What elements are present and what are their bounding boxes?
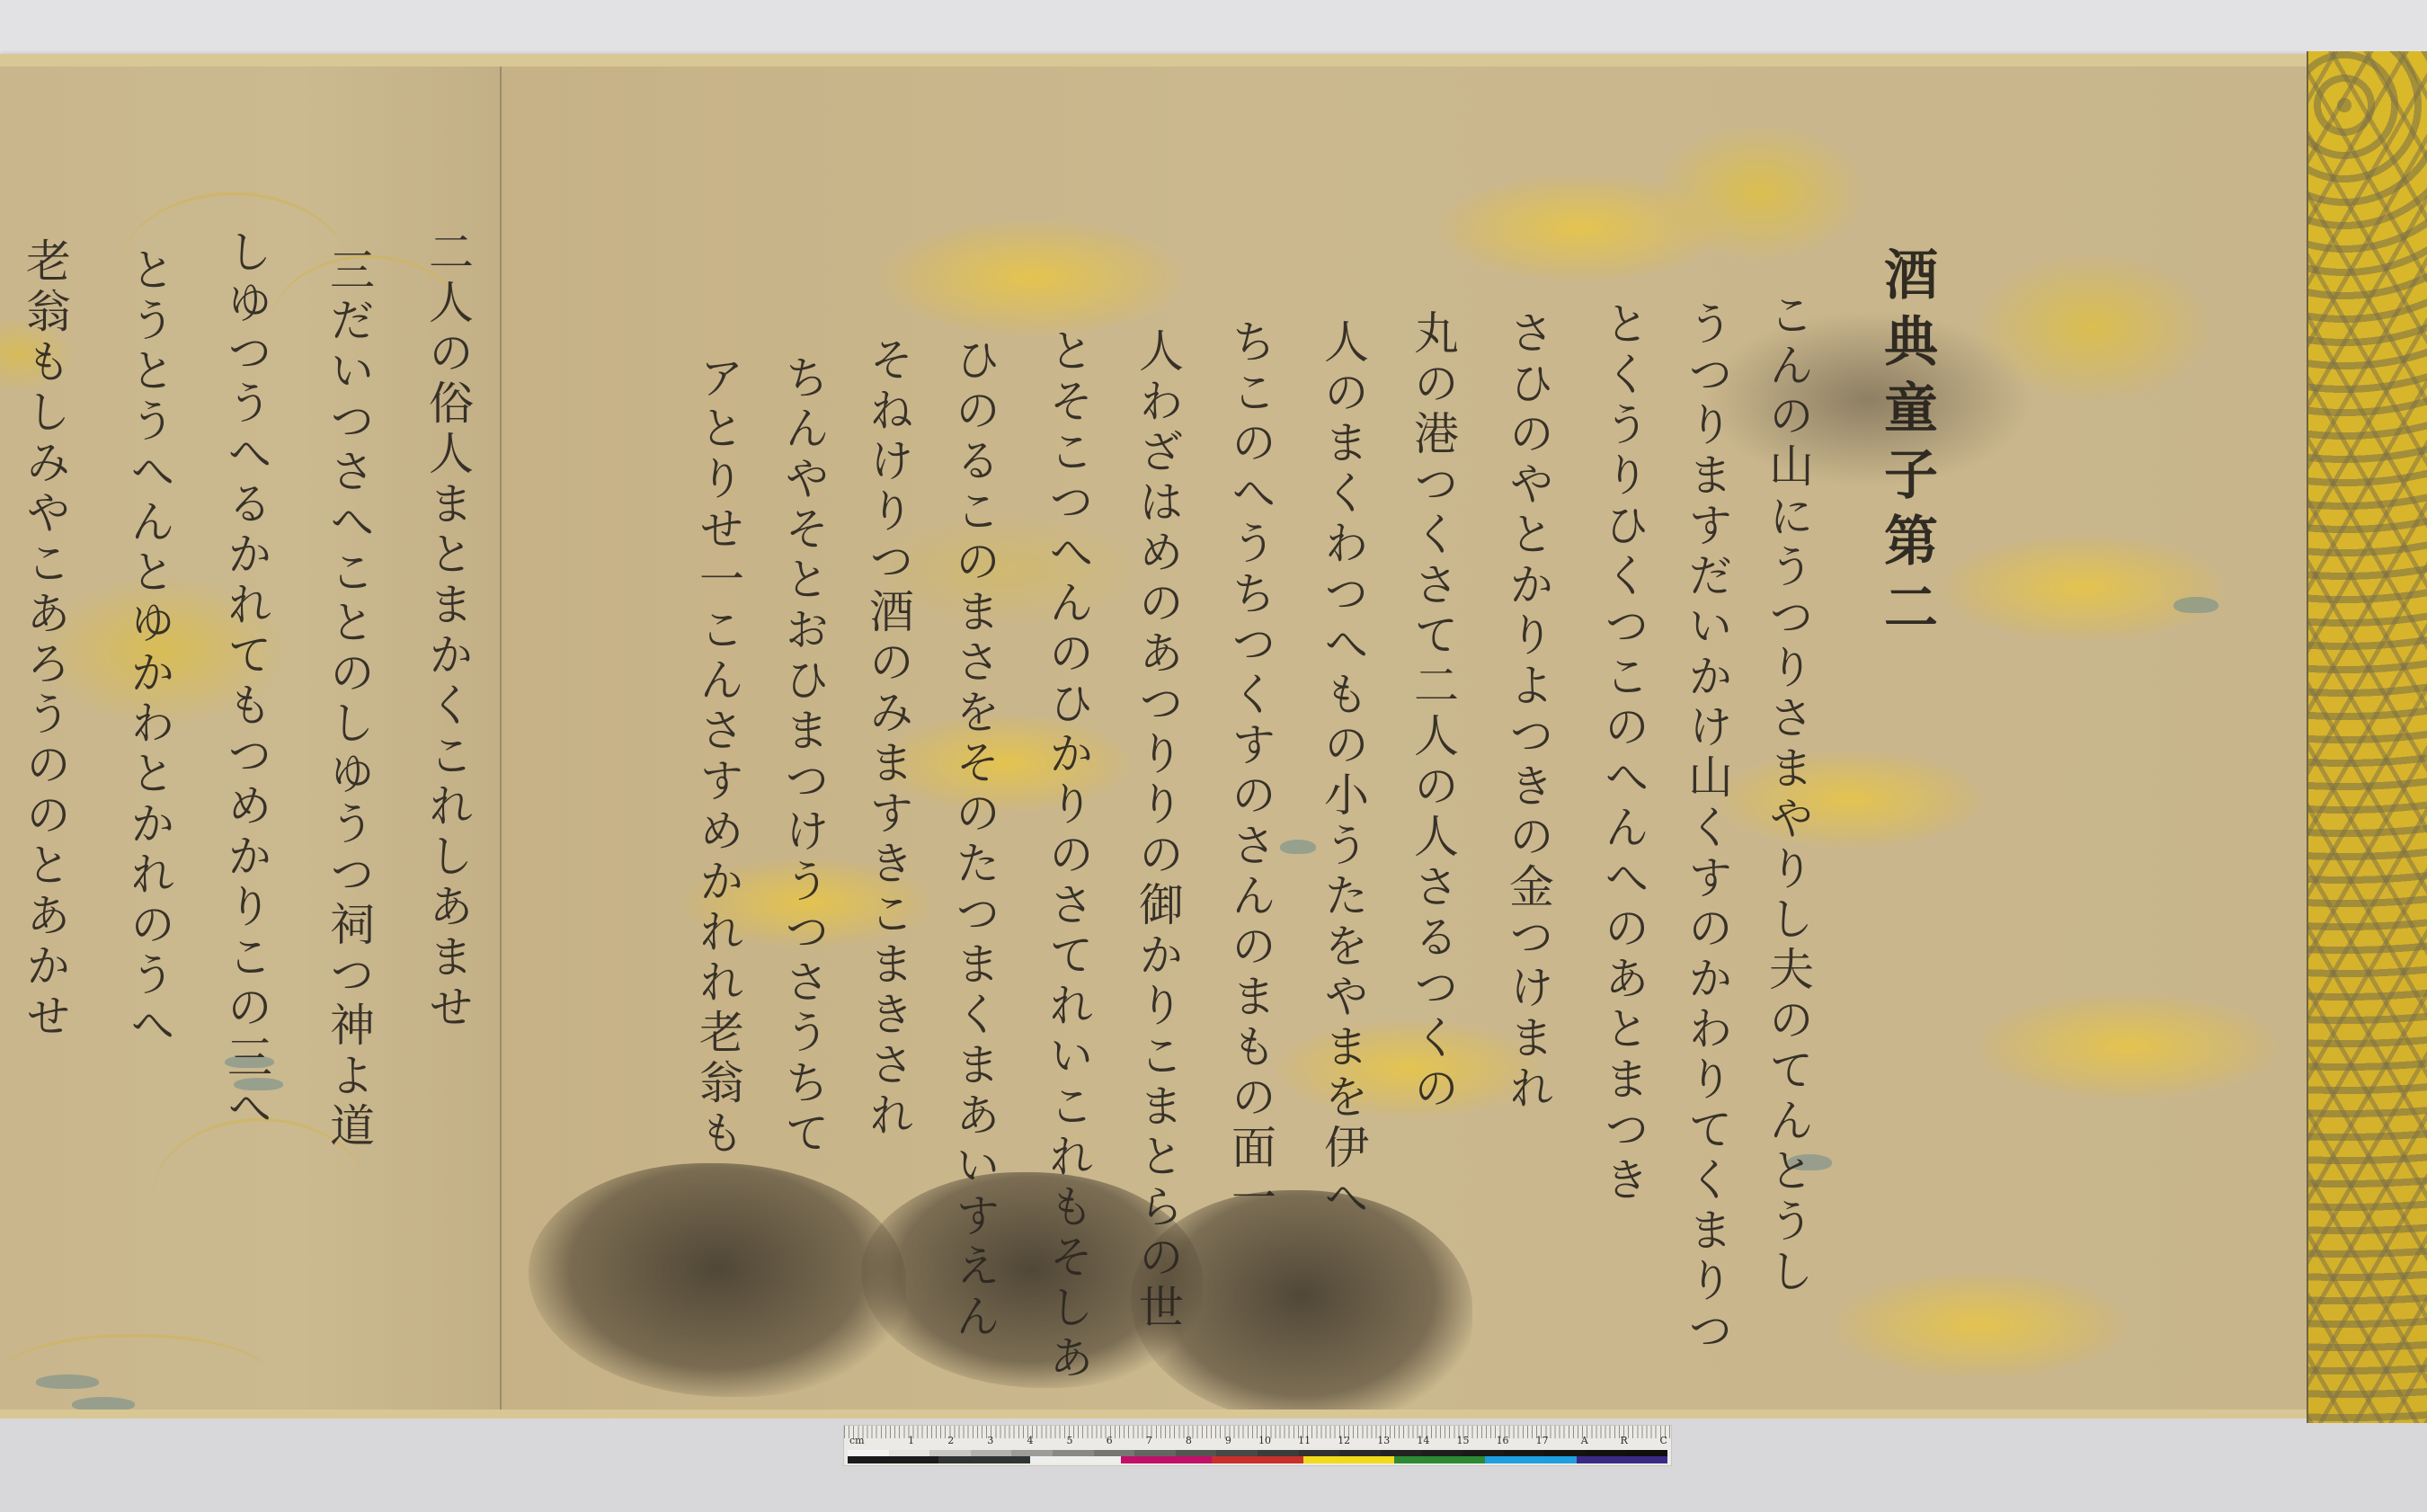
white-color-patch — [1030, 1456, 1121, 1463]
calligraphy-column: とくうりひくつこのへんへのあとまつき — [1591, 300, 1656, 1206]
gray-step-patch — [848, 1450, 889, 1456]
blue-leaf-motif — [36, 1374, 99, 1389]
gray-step-patch — [929, 1450, 971, 1456]
gray-step-patch — [1504, 1450, 1545, 1456]
calligraphy-column: ちんやそとおひまつけうつさうちて — [771, 354, 836, 1160]
gray-step-patch — [1011, 1450, 1053, 1456]
blue-leaf-motif — [2174, 597, 2218, 613]
ruler-tick-label: 5 — [1036, 1435, 1076, 1447]
ruler-tick-label: 6 — [1077, 1435, 1116, 1447]
ruler-tick-label: 2 — [918, 1435, 957, 1447]
calligraphy-column: うつりますだいかけ山くすのかわりてくまりつ — [1675, 300, 1739, 1357]
gray-step-patch — [1462, 1450, 1504, 1456]
gray-step-patch — [1381, 1450, 1422, 1456]
gray-step-patch — [1299, 1450, 1340, 1456]
calligraphy-column: アとりせ一こんさすめかれれ老翁も — [686, 354, 751, 1160]
gold-cloud-motif — [1436, 174, 1724, 282]
scroll-top-border — [0, 54, 2310, 67]
handscroll: 二人の俗人まとまかくこれしあませ 三だいつさへことのしゆうつ祠つ神よ道 しゆつう… — [0, 51, 2310, 1418]
green-color-patch — [1394, 1456, 1485, 1463]
gold-cloud-motif — [1976, 992, 2281, 1100]
gray-step-patch — [889, 1450, 930, 1456]
calligraphy-column: 人わざはめのあつりりの御かりこまとらの世 — [1125, 327, 1190, 1334]
scroll-title-calligraphy: 酒典童子第二 — [1868, 246, 1945, 645]
ruler-tick-label: 17 — [1513, 1435, 1552, 1447]
gray-step-patch — [1258, 1450, 1299, 1456]
ruler-tick-label: 11 — [1275, 1435, 1314, 1447]
ruler-tick-label: 9 — [1196, 1435, 1235, 1447]
ruler-tick-label: 1 — [878, 1435, 918, 1447]
ruler-tick-label: 15 — [1433, 1435, 1472, 1447]
calligraphy-column: こんの山にうつりさまやりし夫のてんとうし — [1756, 291, 1820, 1298]
calligraphy-column: 丸の港つくさて二人の人さるつくの — [1400, 309, 1465, 1115]
ruler-tick-label: 14 — [1393, 1435, 1433, 1447]
calligraphy-column: 二人の俗人まとまかくこれしあませ — [415, 228, 480, 1034]
scroll-bottom-border — [0, 1410, 2310, 1419]
gray-step-patch — [1586, 1450, 1627, 1456]
gold-cloud-motif — [879, 219, 1185, 336]
violet-color-patch — [1577, 1456, 1667, 1463]
ruler-tick-label: 4 — [997, 1435, 1036, 1447]
yellow-color-patch — [1303, 1456, 1394, 1463]
ruler-tick-label: A — [1552, 1435, 1592, 1447]
gray-step-patch — [1544, 1450, 1586, 1456]
color-patch-strip — [848, 1456, 1667, 1463]
blue-leaf-motif — [72, 1397, 135, 1410]
calligraphy-column: ひのるこのまさをそのたつまくまあいすえん — [942, 336, 1007, 1343]
color-calibration-ruler: cm 1 2 3 4 5 6 7 8 9 10 11 12 13 14 15 1… — [843, 1425, 1672, 1466]
gray-step-patch — [1421, 1450, 1462, 1456]
gray-step-patch — [1216, 1450, 1258, 1456]
calligraphy-column: そねけりつ酒のみますきこまきされ — [856, 336, 920, 1142]
ruler-tick-label: 7 — [1116, 1435, 1156, 1447]
gray-step-patch — [1134, 1450, 1176, 1456]
magenta-color-patch — [1121, 1456, 1212, 1463]
calligraphy-column: 三だいつさへことのしゆうつ祠つ神よ道 — [316, 246, 381, 1152]
calligraphy-column: とそこつへんのひかりのさてれいこれもそしあ — [1036, 327, 1100, 1384]
calligraphy-column: 人のまくわつへもの小うたをやまを伊へ — [1311, 318, 1375, 1224]
calligraphy-column: さひのやとかりよつきの金つけまれ — [1496, 309, 1560, 1115]
ruler-tick-label: 10 — [1235, 1435, 1275, 1447]
calligraphy-column: しゆつうへるかれてもつめかりこの三へ — [214, 228, 279, 1134]
ruler-tick-label: R — [1592, 1435, 1631, 1447]
red-color-patch — [1212, 1456, 1302, 1463]
ruler-labels: cm 1 2 3 4 5 6 7 8 9 10 11 12 13 14 15 1… — [844, 1435, 1671, 1447]
dark-gray-color-patch — [938, 1456, 1029, 1463]
gray-step-patch — [971, 1450, 1012, 1456]
gray-step-patch — [1626, 1450, 1667, 1456]
ruler-tick-label: 12 — [1314, 1435, 1354, 1447]
gray-step-patch — [1053, 1450, 1094, 1456]
ruler-tick-label: C — [1631, 1435, 1671, 1447]
gray-step-patch — [1094, 1450, 1135, 1456]
gold-cloud-motif — [1940, 534, 2227, 642]
cyan-color-patch — [1485, 1456, 1576, 1463]
calligraphy-column: 老翁もしみやこあろうののとあかせ — [13, 237, 77, 1043]
ruler-tick-label: 8 — [1156, 1435, 1196, 1447]
ruler-tick-label: 3 — [957, 1435, 997, 1447]
gray-step-patch — [1176, 1450, 1217, 1456]
calligraphy-column: とうとうへんとゆかわとかれのうへ — [117, 246, 182, 1052]
gold-grass-motif — [0, 1334, 270, 1410]
right-paper-panel: 酒典童子第二 こんの山にうつりさまやりし夫のてんとうし うつりますだいかけ山くす… — [502, 67, 2310, 1410]
grayscale-strip — [848, 1450, 1667, 1456]
gold-cloud-motif — [1832, 1271, 2129, 1379]
black-color-patch — [848, 1456, 938, 1463]
gray-step-patch — [1339, 1450, 1381, 1456]
dark-cloud-motif — [529, 1163, 906, 1397]
left-paper-panel: 二人の俗人まとまかくこれしあませ 三だいつさへことのしゆうつ祠つ神よ道 しゆつう… — [0, 67, 502, 1410]
ruler-tick-label: 16 — [1472, 1435, 1512, 1447]
calligraphy-column: ちこのへうちつくすのさんのまもの面一 — [1218, 318, 1283, 1224]
gold-brocade-mounting — [2307, 51, 2427, 1423]
ruler-tick-label: 13 — [1354, 1435, 1393, 1447]
ruler-unit-label: cm — [844, 1435, 878, 1447]
